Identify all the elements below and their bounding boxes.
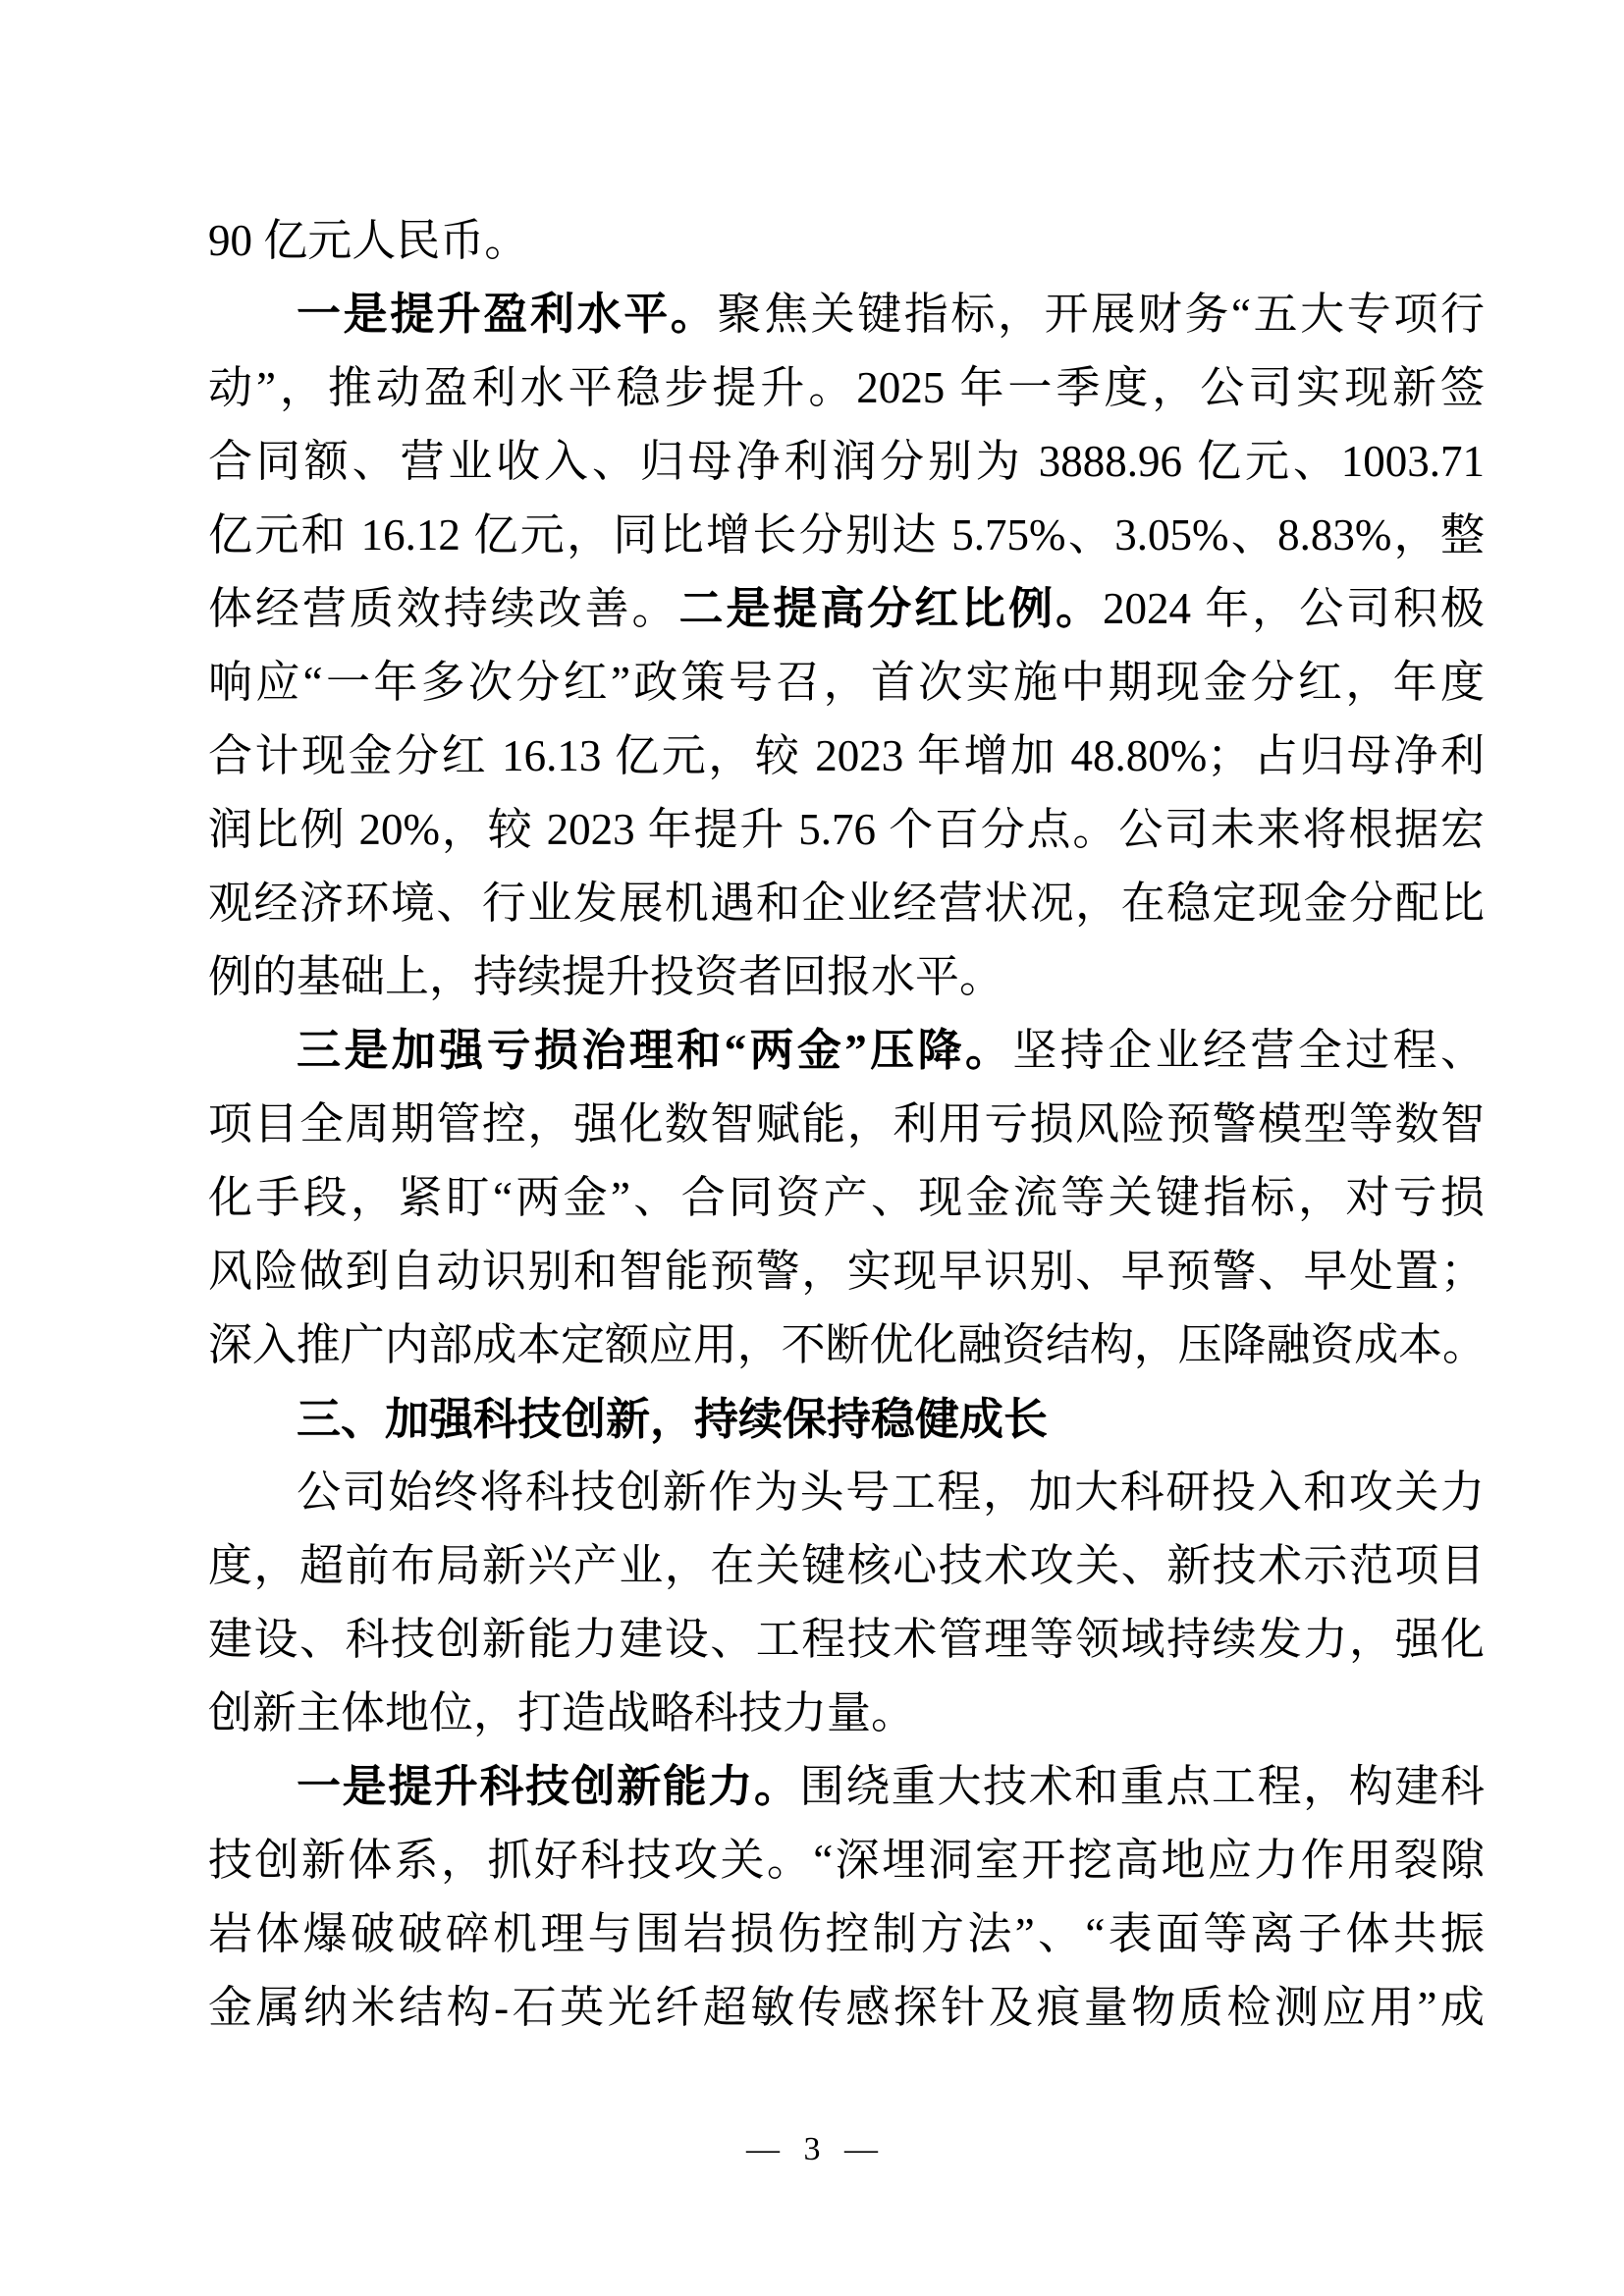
text-run: 坚持企业经营全过程、 (1012, 1026, 1485, 1075)
text-run: 2024 年，公司积极 (1103, 584, 1485, 633)
text-run: 90 亿元人民币。 (208, 216, 528, 265)
text-line: 技创新体系，抓好科技攻关。“深埋洞室开挖高地应力作用裂隙 (208, 1824, 1485, 1897)
text-run: 观经济环境、行业发展机遇和企业经营状况，在稳定现金分配比 (208, 879, 1485, 928)
text-line: 公司始终将科技创新作为头号工程，加大科研投入和攻关力 (208, 1456, 1485, 1529)
text-line: 体经营质效持续改善。二是提高分红比例。2024 年，公司积极 (208, 572, 1485, 646)
text-run: 化手段，紧盯“两金”、合同资产、现金流等关键指标，对亏损 (208, 1173, 1485, 1222)
text-run: 响应“一年多次分红”政策号召，首次实施中期现金分红，年度 (208, 658, 1485, 707)
text-line: 观经济环境、行业发展机遇和企业经营状况，在稳定现金分配比 (208, 867, 1485, 940)
text-run: 体经营质效持续改善。 (208, 584, 678, 633)
text-run: 润比例 20%，较 2023 年提升 5.76 个百分点。公司未来将根据宏 (208, 805, 1485, 854)
text-line: 创新主体地位，打造战略科技力量。 (208, 1677, 1485, 1750)
text-run: 金属纳米结构-石英光纤超敏传感探针及痕量物质检测应用”成 (208, 1983, 1485, 2032)
text-line: 金属纳米结构-石英光纤超敏传感探针及痕量物质检测应用”成 (208, 1971, 1485, 2045)
text-line: 深入推广内部成本定额应用，不断优化融资结构，压降融资成本。 (208, 1308, 1485, 1382)
text-run: 例的基础上，持续提升投资者回报水平。 (208, 952, 1003, 1001)
text-run: 创新主体地位，打造战略科技力量。 (208, 1688, 915, 1737)
document-body: 90 亿元人民币。一是提升盈利水平。聚焦关键指标，开展财务“五大专项行动”，推动… (208, 204, 1485, 2045)
text-run: 合计现金分红 16.13 亿元，较 2023 年增加 48.80%；占归母净利 (208, 731, 1485, 780)
text-run: 深入推广内部成本定额应用，不断优化融资结构，压降融资成本。 (208, 1320, 1485, 1369)
emphasis-run: 三是加强亏损治理和“两金”压降。 (297, 1026, 1012, 1075)
text-line: 一是提升盈利水平。聚焦关键指标，开展财务“五大专项行 (208, 278, 1485, 351)
text-run: 三、加强科技创新，持续保持稳健成长 (297, 1394, 1048, 1444)
text-run: 亿元和 16.12 亿元，同比增长分别达 5.75%、3.05%、8.83%，整 (208, 510, 1485, 560)
text-run: 风险做到自动识别和智能预警，实现早识别、早预警、早处置； (208, 1247, 1485, 1296)
text-line: 三是加强亏损治理和“两金”压降。坚持企业经营全过程、 (208, 1014, 1485, 1088)
text-line: 亿元和 16.12 亿元，同比增长分别达 5.75%、3.05%、8.83%，整 (208, 499, 1485, 572)
emphasis-run: 一是提升科技创新能力。 (297, 1762, 800, 1811)
text-line: 合计现金分红 16.13 亿元，较 2023 年增加 48.80%；占归母净利 (208, 720, 1485, 793)
text-line: 度，超前布局新兴产业，在关键核心技术攻关、新技术示范项目 (208, 1529, 1485, 1603)
text-line: 化手段，紧盯“两金”、合同资产、现金流等关键指标，对亏损 (208, 1161, 1485, 1235)
text-run: 聚焦关键指标，开展财务“五大专项行 (717, 290, 1485, 339)
text-run: 建设、科技创新能力建设、工程技术管理等领域持续发力，强化 (208, 1615, 1485, 1664)
emphasis-run: 二是提高分红比例。 (678, 584, 1103, 633)
document-page: { "page": { "number_label": "— 3 —" }, "… (0, 0, 1624, 2296)
text-run: 技创新体系，抓好科技攻关。“深埋洞室开挖高地应力作用裂隙 (208, 1836, 1485, 1885)
section-heading: 三、加强科技创新，持续保持稳健成长 (208, 1382, 1485, 1456)
text-line: 例的基础上，持续提升投资者回报水平。 (208, 940, 1485, 1014)
text-run: 公司始终将科技创新作为头号工程，加大科研投入和攻关力 (297, 1468, 1485, 1517)
text-line: 响应“一年多次分红”政策号召，首次实施中期现金分红，年度 (208, 646, 1485, 720)
text-run: 围绕重大技术和重点工程，构建科 (800, 1762, 1485, 1811)
text-line: 合同额、营业收入、归母净利润分别为 3888.96 亿元、1003.71 (208, 425, 1485, 499)
text-run: 动”，推动盈利水平稳步提升。2025 年一季度，公司实现新签 (208, 363, 1485, 412)
emphasis-run: 一是提升盈利水平。 (297, 290, 717, 339)
text-line: 岩体爆破破碎机理与围岩损伤控制方法”、“表面等离子体共振 (208, 1897, 1485, 1971)
page-number: — 3 — (0, 2118, 1624, 2181)
text-line: 项目全周期管控，强化数智赋能，利用亏损风险预警模型等数智 (208, 1088, 1485, 1161)
text-run: 岩体爆破破碎机理与围岩损伤控制方法”、“表面等离子体共振 (208, 1909, 1485, 1958)
text-line: 一是提升科技创新能力。围绕重大技术和重点工程，构建科 (208, 1750, 1485, 1824)
text-run: 合同额、营业收入、归母净利润分别为 3888.96 亿元、1003.71 (208, 437, 1485, 486)
text-line: 风险做到自动识别和智能预警，实现早识别、早预警、早处置； (208, 1235, 1485, 1308)
text-run: 度，超前布局新兴产业，在关键核心技术攻关、新技术示范项目 (208, 1541, 1485, 1590)
text-run: 项目全周期管控，强化数智赋能，利用亏损风险预警模型等数智 (208, 1099, 1485, 1148)
text-line: 润比例 20%，较 2023 年提升 5.76 个百分点。公司未来将根据宏 (208, 793, 1485, 867)
text-line: 建设、科技创新能力建设、工程技术管理等领域持续发力，强化 (208, 1603, 1485, 1677)
text-line: 动”，推动盈利水平稳步提升。2025 年一季度，公司实现新签 (208, 351, 1485, 425)
text-line: 90 亿元人民币。 (208, 204, 1485, 278)
